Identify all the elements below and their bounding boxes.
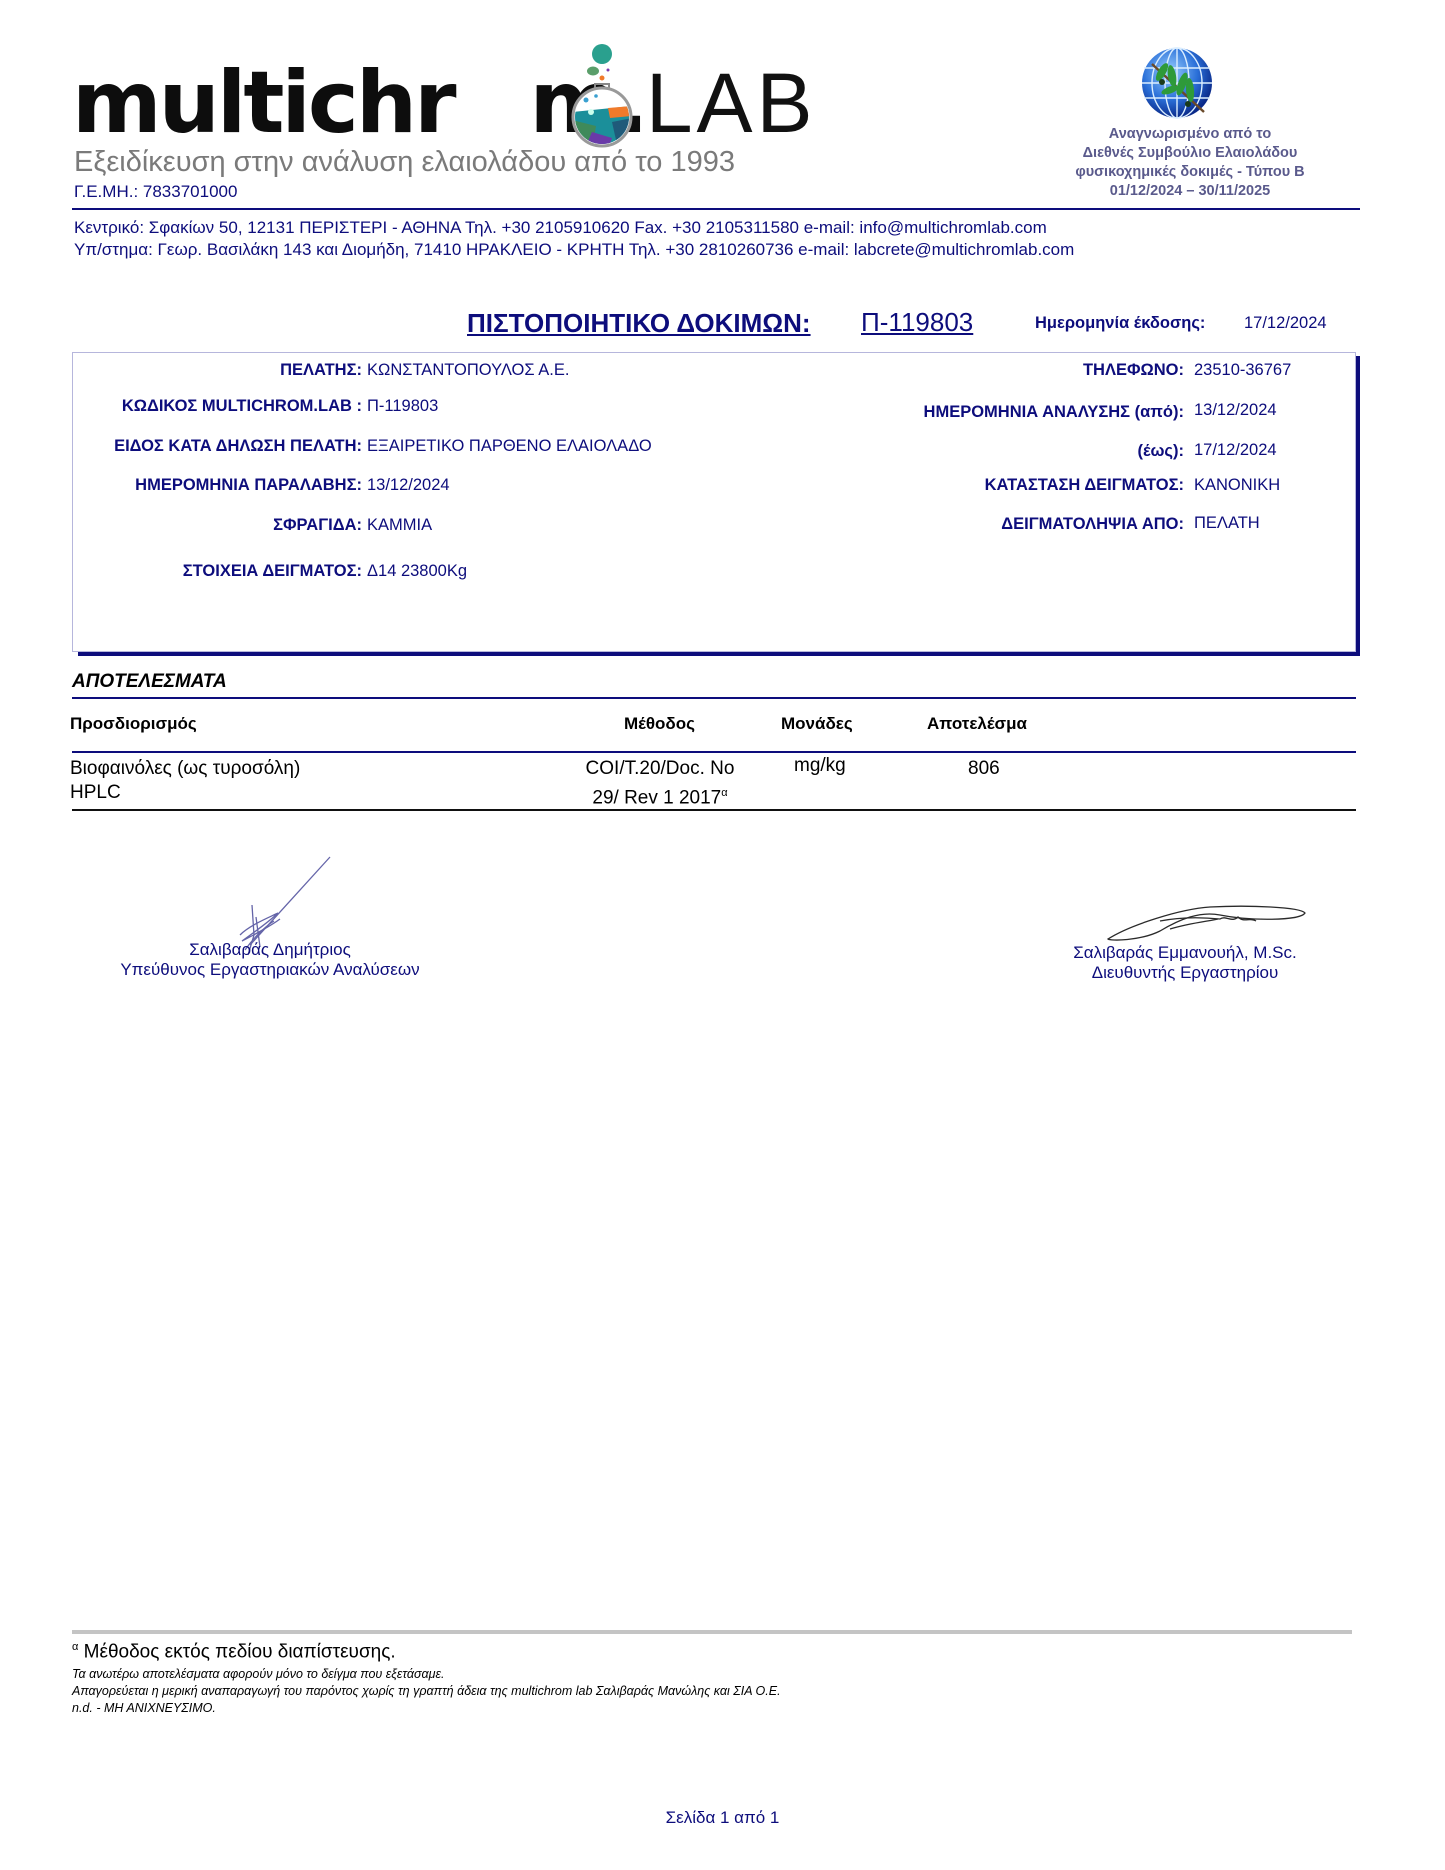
sample-condition-label: ΚΑΤΑΣΤΑΣΗ ΔΕΙΓΜΑΤΟΣ: — [860, 476, 1184, 495]
seal-value: ΚΑΜΜΙΑ — [367, 516, 432, 535]
signatory-2-name: Σαλιβαράς Εμμανουήλ, M.Sc. — [1010, 943, 1360, 963]
sample-details-label: ΣΤΟΙΧΕΙΑ ΔΕΙΓΜΑΤΟΣ: — [72, 562, 362, 581]
col-header-units: Μονάδες — [781, 714, 853, 734]
footnote-mark: α — [72, 1641, 78, 1653]
declared-type-value: ΕΞΑΙΡΕΤΙΚΟ ΠΑΡΘΕΝΟ ΕΛΑΙΟΛΑΔΟ — [367, 437, 652, 456]
results-header-divider — [72, 751, 1356, 753]
sampling-by-value: ΠΕΛΑΤΗ — [1194, 514, 1260, 533]
flask-icon — [562, 42, 642, 150]
method-sub-text: 29/ Rev 1 2017 — [592, 787, 721, 808]
analysis-from-value: 13/12/2024 — [1194, 401, 1277, 420]
page-number: Σελίδα 1 από 1 — [0, 1808, 1445, 1828]
signature-icon — [1100, 895, 1310, 945]
header-divider — [72, 208, 1360, 210]
analysis-to-label: (έως): — [860, 442, 1184, 461]
col-header-determination: Προσδιορισμός — [70, 714, 197, 734]
result-cell: 806 — [968, 757, 1000, 781]
lab-code-value: Π-119803 — [367, 397, 438, 416]
logo-text-start: multichr — [72, 53, 454, 153]
results-bottom-divider — [72, 809, 1356, 811]
phone-value: 23510-36767 — [1194, 361, 1291, 380]
analysis-from-label: ΗΜΕΡΟΜΗΝΙΑ ΑΝΑΛΥΣΗΣ (από): — [860, 403, 1184, 422]
address-main: Κεντρικό: Σφακίων 50, 12131 ΠΕΡΙΣΤΕΡΙ - … — [74, 218, 1047, 238]
company-logo: multichrm.LAB — [72, 42, 862, 152]
certificate-title: ΠΙΣΤΟΠΟΙΗΤΙΚΟ ΔΟΚΙΜΩΝ: — [467, 308, 811, 339]
sample-condition-value: ΚΑΝΟΝΙΚΗ — [1194, 476, 1280, 495]
info-box-shadow — [78, 652, 1360, 656]
issue-date-label: Ημερομηνία έκδοσης: — [1035, 314, 1205, 333]
accreditation-line: Αναγνωρισμένο από το — [1020, 125, 1360, 144]
footnote: α Μέθοδος εκτός πεδίου διαπίστευσης. — [72, 1641, 396, 1663]
col-header-method: Μέθοδος — [624, 714, 695, 734]
method-footnote-mark: α — [721, 787, 727, 799]
col-header-result: Αποτελέσμα — [927, 714, 1027, 734]
accreditation-line: Διεθνές Συμβούλιο Ελαιολάδου — [1020, 144, 1360, 163]
address-branch: Υπ/στημα: Γεωρ. Βασιλάκη 143 και Διομήδη… — [74, 240, 1074, 260]
results-divider — [72, 697, 1356, 699]
determination-cell: Βιοφαινόλες (ως τυροσόλη) — [70, 757, 300, 781]
signatory-1-role: Υπεύθυνος Εργαστηριακών Αναλύσεων — [80, 960, 460, 980]
info-box-shadow — [1356, 356, 1360, 656]
client-label: ΠΕΛΑΤΗΣ: — [72, 361, 362, 380]
logo-wordmark: multichrm.LAB — [72, 60, 817, 146]
sample-details-value: Δ14 23800Kg — [367, 562, 467, 581]
sampling-by-label: ΔΕΙΓΜΑΤΟΛΗΨΙΑ ΑΠΟ: — [860, 515, 1184, 534]
disclaimer-nd: n.d. - ΜΗ ΑΝΙΧΝΕΥΣΙΜΟ. — [72, 1701, 216, 1715]
registry-number: Γ.Ε.ΜΗ.: 7833701000 — [74, 182, 237, 202]
signatory-1-name: Σαλιβαράς Δημήτριος — [80, 940, 460, 960]
method-text: COI/T.20/Doc. No — [560, 757, 760, 781]
globe-olive-branch-icon — [1140, 46, 1214, 120]
method-cell: COI/T.20/Doc. No 29/ Rev 1 2017α — [560, 757, 760, 810]
logo-lab-text: LAB — [646, 56, 817, 150]
footnote-text: Μέθοδος εκτός πεδίου διαπίστευσης. — [84, 1641, 396, 1662]
table-row: Βιοφαινόλες (ως τυροσόλη) HPLC — [70, 757, 300, 805]
issue-date-value: 17/12/2024 — [1244, 314, 1327, 333]
receipt-date-label: ΗΜΕΡΟΜΗΝΙΑ ΠΑΡΑΛΑΒΗΣ: — [72, 476, 362, 495]
determination-sub-cell: HPLC — [70, 781, 300, 805]
client-value: ΚΩΝΣΤΑΝΤΟΠΟΥΛΟΣ Α.Ε. — [367, 361, 569, 380]
accreditation-validity: 01/12/2024 – 30/11/2025 — [1020, 182, 1360, 201]
signatory-2-role: Διευθυντής Εργαστηρίου — [1010, 963, 1360, 983]
accreditation-line: φυσικοχημικές δοκιμές - Τύπου Β — [1020, 163, 1360, 182]
declared-type-label: ΕΙΔΟΣ ΚΑΤΑ ΔΗΛΩΣΗ ΠΕΛΑΤΗ: — [72, 437, 362, 456]
results-title: ΑΠΟΤΕΛΕΣΜΑΤΑ — [72, 671, 227, 693]
accreditation-text: Αναγνωρισμένο από το Διεθνές Συμβούλιο Ε… — [1020, 125, 1360, 201]
units-cell: mg/kg — [794, 754, 846, 778]
seal-label: ΣΦΡΑΓΙΔΑ: — [72, 516, 362, 535]
analysis-to-value: 17/12/2024 — [1194, 441, 1277, 460]
receipt-date-value: 13/12/2024 — [367, 476, 450, 495]
phone-label: ΤΗΛΕΦΩΝΟ: — [860, 361, 1184, 380]
company-tagline: Εξειδίκευση στην ανάλυση ελαιολάδου από … — [74, 146, 735, 179]
certificate-number: Π-119803 — [861, 307, 973, 338]
disclaimer-reproduction: Απαγορεύεται η μερική αναπαραγωγή του πα… — [72, 1684, 781, 1698]
footer-divider — [72, 1630, 1352, 1634]
lab-code-label: ΚΩΔΙΚΟΣ MULTICHROM.LAB : — [72, 397, 362, 416]
disclaimer-results: Τα ανωτέρω αποτελέσματα αφορούν μόνο το … — [72, 1667, 444, 1681]
